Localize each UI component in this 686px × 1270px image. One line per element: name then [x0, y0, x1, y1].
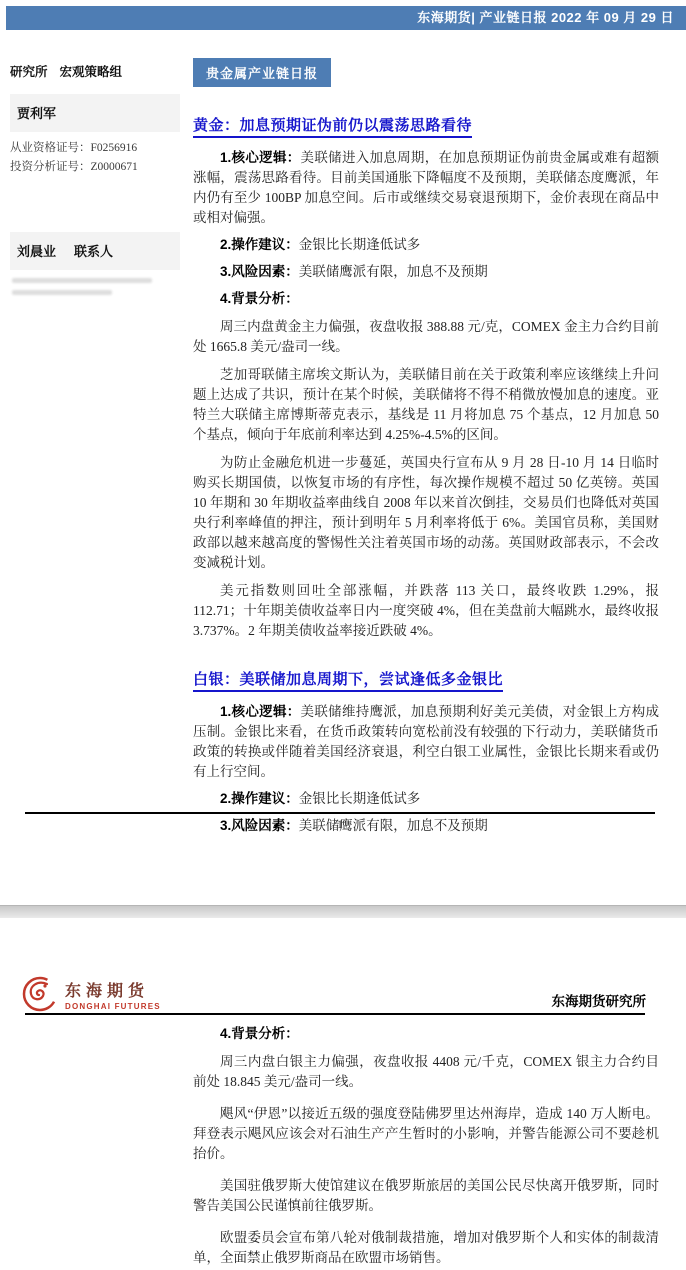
sidebar-spacer: [10, 176, 180, 232]
contact-info-redacted-line: [12, 278, 152, 283]
gold-background-paragraph: 美元指数则回吐全部涨幅，并跌落 113 关口，最终收跌 1.29%，报 112.…: [193, 581, 659, 641]
gold-operation-advice: 2.操作建议：金银比长期逢低试多: [193, 235, 659, 255]
logo-text: 东海期货 DONGHAI FUTURES: [65, 978, 161, 1011]
silver-background-label: 4.背景分析：: [193, 1024, 659, 1044]
gold-section-title: 黄金：加息预期证伪前仍以震荡思路看待: [193, 114, 659, 135]
contact-name: 刘晨业: [17, 244, 56, 259]
dragon-logo-icon: [20, 974, 60, 1014]
top-banner: 东海期货| 产业链日报 2022 年 09 月 29 日: [6, 6, 686, 30]
page2-header-rule: [25, 1013, 645, 1015]
silver-background-paragraph: 周三内盘白银主力偏强，夜盘收报 4408 元/千克，COMEX 银主力合约目前处…: [193, 1052, 659, 1092]
analyst-cert-2: 投资分析证号：Z0000671: [10, 159, 180, 176]
analyst-name: 贾利军: [17, 106, 56, 121]
gold-risk-factor: 3.风险因素：美联储鹰派有限，加息不及预期: [193, 262, 659, 282]
silver-core-logic: 1.核心逻辑：美联储维持鹰派，加息预期利好美元美债，对金银上方构成压制。金银比来…: [193, 702, 659, 782]
silver-section-title: 白银：美联储加息周期下，尝试逢低多金银比: [193, 668, 659, 689]
silver-background-paragraph: 美国驻俄罗斯大使馆建议在俄罗斯旅居的美国公民尽快离开俄罗斯，同时警告美国公民谨慎…: [193, 1176, 659, 1216]
page1-footer-rule: [25, 812, 655, 814]
company-logo: 东海期货 DONGHAI FUTURES: [20, 974, 161, 1014]
report-page-2: 东海期货 DONGHAI FUTURES 东海期货研究所 4.背景分析： 周三内…: [0, 918, 686, 1270]
contact-role: 联系人: [74, 244, 113, 259]
silver-background-paragraph: 飓风“伊恩”以接近五级的强度登陆佛罗里达州海岸，造成 140 万人断电。拜登表示…: [193, 1104, 659, 1164]
gold-background-paragraph: 周三内盘黄金主力偏强，夜盘收报 388.88 元/克，COMEX 金主力合约目前…: [193, 317, 659, 357]
group-label: 宏观策略组: [60, 65, 123, 79]
gold-background-paragraph: 芝加哥联储主席埃文斯认为，美联储目前在关于政策利率应该继续上升问题上达成了共识，…: [193, 365, 659, 445]
silver-operation-advice: 2.操作建议：金银比长期逢低试多: [193, 789, 659, 809]
contact-box: 刘晨业 联系人: [10, 232, 180, 270]
silver-background-paragraph: 欧盟委员会宣布第八轮对俄制裁措施，增加对俄罗斯个人和实体的制裁清单，全面禁止俄罗…: [193, 1228, 659, 1268]
page-separator: [0, 905, 686, 919]
report-page: 东海期货| 产业链日报 2022 年 09 月 29 日 研究所宏观策略组 贾利…: [0, 0, 686, 1270]
logo-name-cn: 东海期货: [65, 978, 161, 1001]
institute-name: 东海期货研究所: [552, 990, 647, 1010]
research-group-line: 研究所宏观策略组: [10, 62, 180, 80]
sidebar: 研究所宏观策略组 贾利军 从业资格证号：F0256916 投资分析证号：Z000…: [10, 62, 180, 295]
analyst-box: 贾利军: [10, 94, 180, 132]
gold-background-paragraph: 为防止金融危机进一步蔓延，英国央行宣布从 9 月 28 日-10 月 14 日临…: [193, 453, 659, 573]
contact-info-redacted-line: [12, 290, 112, 295]
main-content-page2: 4.背景分析： 周三内盘白银主力偏强，夜盘收报 4408 元/千克，COMEX …: [193, 1024, 659, 1270]
dept-label: 研究所: [10, 65, 48, 79]
main-content-page1: 贵金属产业链日报 黄金：加息预期证伪前仍以震荡思路看待 1.核心逻辑：美联储进入…: [193, 58, 659, 843]
report-type-badge: 贵金属产业链日报: [193, 58, 331, 87]
logo-name-en: DONGHAI FUTURES: [65, 1002, 161, 1011]
gold-core-logic: 1.核心逻辑：美联储进入加息周期，在加息预期证伪前贵金属或难有超额涨幅，震荡思路…: [193, 148, 659, 228]
gold-background-label: 4.背景分析：: [193, 289, 659, 309]
analyst-cert-1: 从业资格证号：F0256916: [10, 140, 180, 157]
banner-title: 东海期货| 产业链日报 2022 年 09 月 29 日: [417, 10, 674, 25]
page-number: 1: [25, 817, 655, 832]
